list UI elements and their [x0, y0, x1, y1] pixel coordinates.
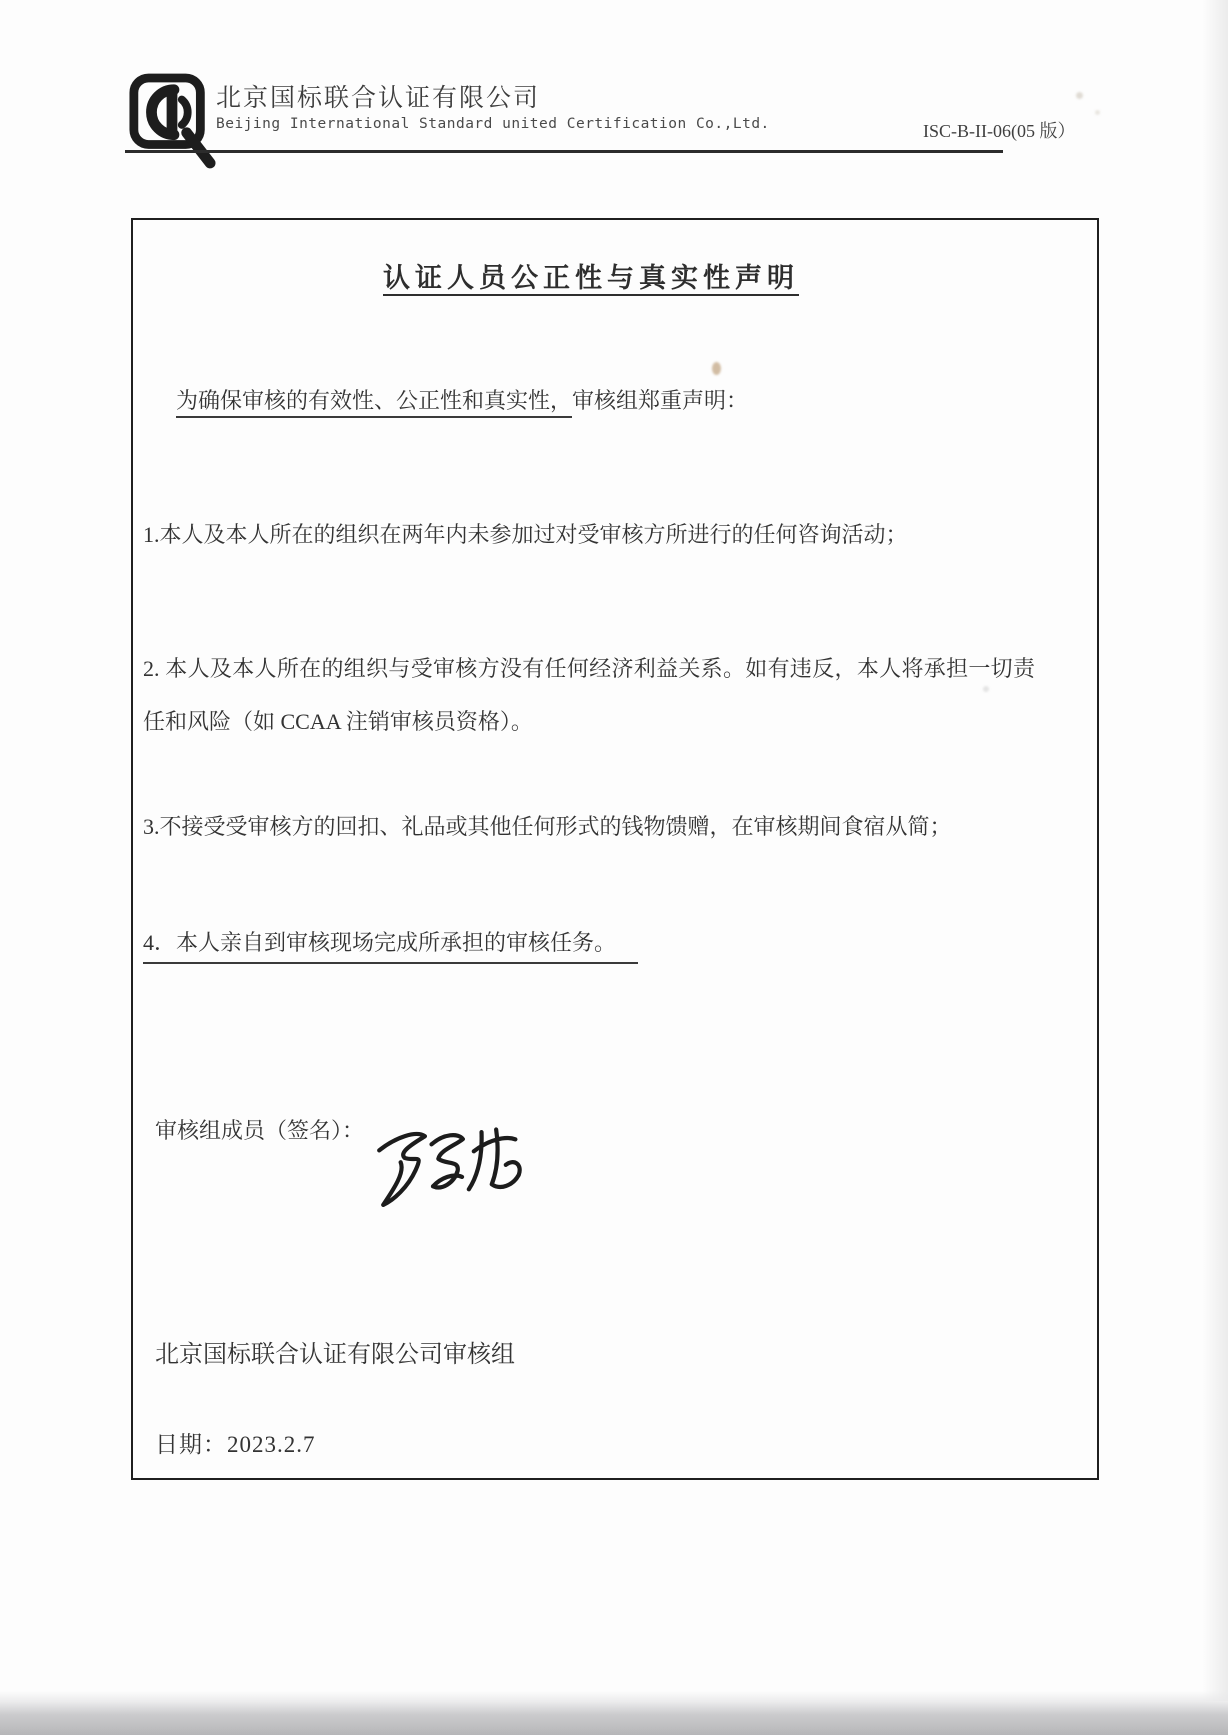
date-line: 日期：2023.2.7	[155, 1430, 316, 1460]
declaration-item-3: 3.不接受受审核方的回扣、礼品或其他任何形式的钱物馈赠，在审核期间食宿从简；	[143, 812, 952, 842]
document-code: ISC-B-II-06(05 版）	[923, 117, 1075, 143]
scanned-document-page: 北京国标联合认证有限公司 Beijing International Stand…	[0, 0, 1228, 1735]
company-name-chinese: 北京国标联合认证有限公司	[216, 78, 540, 114]
intro-rest-text: 审核组郑重声明：	[572, 388, 748, 413]
audit-team-line: 北京国标联合认证有限公司审核组	[155, 1340, 515, 1370]
header-divider	[125, 150, 1003, 153]
declaration-title: 认证人员公正性与真实性声明	[383, 256, 799, 295]
company-logo-icon	[128, 72, 216, 170]
scan-speck	[983, 686, 989, 692]
scan-edge-shadow-bottom	[0, 1701, 1228, 1735]
declaration-item-4: 4．本人亲自到审核现场完成所承担的审核任务。	[143, 928, 638, 964]
handwritten-signature	[364, 1105, 538, 1216]
scan-speck	[1076, 92, 1083, 99]
scan-edge-shadow-right	[1202, 0, 1228, 1735]
item-4-underlined-text: 4．本人亲自到审核现场完成所承担的审核任务。	[143, 928, 638, 964]
scan-speck	[712, 362, 721, 375]
signature-label: 审核组成员（签名）：	[155, 1116, 364, 1146]
declaration-intro: 为确保审核的有效性、公正性和真实性，审核组郑重声明：	[176, 386, 748, 416]
declaration-item-2: 2. 本人及本人所在的组织与受审核方没有任何经济利益关系。如有违反，本人将承担一…	[143, 642, 1035, 748]
declaration-item-1: 1.本人及本人所在的组织在两年内未参加过对受审核方所进行的任何咨询活动；	[143, 520, 908, 550]
intro-underlined-text: 为确保审核的有效性、公正性和真实性，	[176, 388, 572, 418]
scan-speck	[1095, 110, 1100, 115]
company-name-english: Beijing International Standard united Ce…	[216, 116, 770, 132]
